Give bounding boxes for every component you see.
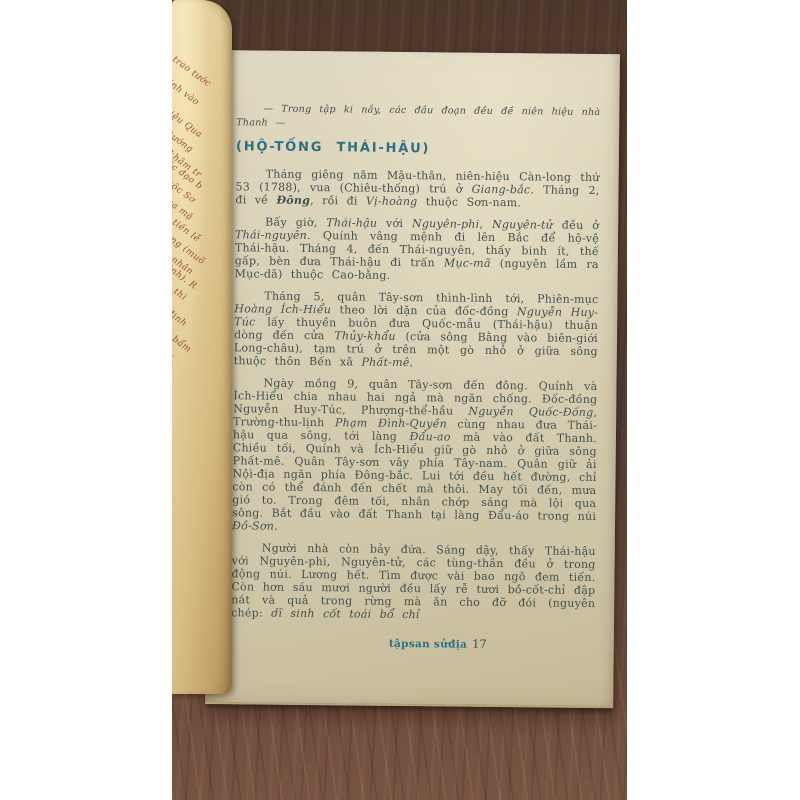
text-segment: Vị-hoàng — [366, 195, 418, 209]
paragraph: Bấy giờ, Thái-hậu với Nguyên-phi, Nguyên… — [235, 215, 600, 284]
page-footer: tậpsan sửđịa 17 — [231, 634, 595, 652]
text-segment: Thủy-khẩu — [334, 329, 395, 343]
text-segment: . — [274, 520, 278, 533]
text-segment: Hoàng Ích-Hiểu — [234, 302, 331, 316]
text-segment: , rồi đi — [310, 194, 366, 208]
curled-page-text-fragment: -định — [172, 306, 188, 329]
book-page: — Trong tập ki nầy, các đầu đoạn đều đề … — [205, 50, 620, 708]
page-number: 17 — [472, 637, 487, 651]
text-segment: Mục-mã — [444, 256, 491, 269]
text-segment: thuộc Sơn-nam. — [417, 195, 521, 209]
curled-page-text-fragment: vạ bẩm — [172, 326, 193, 355]
curled-previous-page: ực trao tướch sinh vàohiệu Quati-tướngnh… — [172, 0, 232, 694]
body-text: Tháng giêng năm Mậu-thân, niên-hiệu Càn-… — [231, 167, 600, 623]
editorial-note: — Trong tập ki nầy, các đầu đoạn đều đề … — [236, 102, 600, 134]
text-segment: mà vào đất Thanh. Chiều tối, Quính và Íc… — [232, 431, 597, 524]
text-segment: đều ở — [553, 219, 599, 232]
paragraph: Ngày mồng 9, quân Tây-sơn đến đông. Quín… — [232, 376, 598, 536]
text-segment: , — [479, 218, 492, 231]
text-segment: Phất-mê — [361, 356, 409, 370]
paragraph: Tháng giêng năm Mậu-thân, niên-hiệu Càn-… — [235, 167, 599, 210]
text-segment: . — [410, 356, 414, 369]
text-segment: Đẩu-ao — [409, 430, 450, 443]
text-segment: Nguyên-tử — [492, 218, 553, 232]
curled-page-text-fragment: bị — [172, 350, 175, 364]
text-segment: với — [377, 217, 412, 230]
journal-name: tậpsan sửđịa — [389, 638, 467, 651]
paragraph: Người nhà còn bảy đứa. Sáng dậy, thấy Th… — [231, 541, 596, 623]
text-segment: Nguyễn Quốc-Đống — [468, 405, 593, 419]
book-photo: ực trao tướch sinh vàohiệu Quati-tướngnh… — [172, 0, 627, 800]
product-photo-canvas: ực trao tướch sinh vàohiệu Quati-tướngnh… — [0, 0, 800, 800]
text-segment: Đông — [276, 194, 310, 207]
page-content: — Trong tập ki nầy, các đầu đoạn đều đề … — [231, 102, 601, 652]
text-segment: Giang-bắc — [472, 183, 531, 197]
chapter-title: (HỘ-TỐNG THÁI-HẬU) — [236, 139, 600, 158]
text-segment: Bấy giờ, — [265, 216, 326, 230]
text-segment: Thái-nguyên — [235, 228, 307, 242]
paragraph: Tháng 5, quân Tây-sơn thình-lình tới, Ph… — [234, 289, 599, 371]
text-segment: dĩ sinh cốt toái bổ chỉ — [271, 607, 420, 622]
text-segment: Thái-hậu — [326, 216, 377, 230]
text-segment: Phạm Đình-Quyền — [335, 416, 447, 430]
text-segment: Nguyên-phi — [412, 217, 480, 231]
text-segment: Đồ-Sơn — [232, 519, 274, 532]
